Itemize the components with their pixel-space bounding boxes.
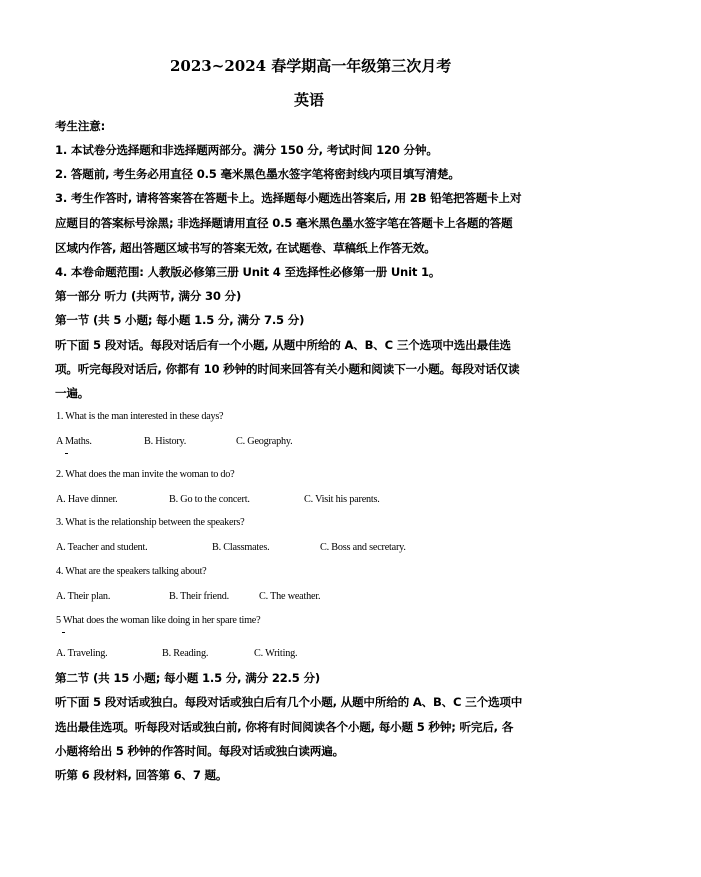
notice-item-3-cont-1: 应题目的答案标号涂黑; 非选择题请用直径 0.5 毫米黑色墨水签字笔在答题卡上各… — [55, 215, 512, 231]
section2-instructions-line-3: 小题将给出 5 秒钟的作答时间。每段对话或独白读两遍。 — [55, 743, 344, 759]
part1-heading: 第一部分 听力 (共两节, 满分 30 分) — [55, 288, 241, 304]
question-1-option-c: C. Geography. — [236, 436, 292, 447]
question-4-option-a: A. Their plan. — [56, 591, 110, 602]
question-3-option-c: C. Boss and secretary. — [320, 542, 406, 553]
question-5-stem: 5 What does the woman like doing in her … — [56, 615, 260, 626]
section1-instructions-line-3: 一遍。 — [55, 385, 89, 401]
question-3-stem: 3. What is the relationship between the … — [56, 517, 244, 528]
notice-item-3-cont-2: 区域内作答, 超出答题区域书写的答案无效, 在试题卷、草稿纸上作答无效。 — [55, 240, 436, 256]
question-3-option-a: A. Teacher and student. — [56, 542, 148, 553]
question-2-option-c: C. Visit his parents. — [304, 494, 380, 505]
question-3-option-b: B. Classmates. — [212, 542, 269, 553]
question-1-option-a: A Maths. — [56, 436, 92, 447]
notice-heading: 考生注意: — [55, 118, 105, 134]
section1-instructions-line-2: 项。听完每段对话后, 你都有 10 秒钟的时间来回答有关小题和阅读下一小题。每段… — [55, 361, 519, 377]
question-2-option-a: A. Have dinner. — [56, 494, 118, 505]
section2-heading: 第二节 (共 15 小题; 每小题 1.5 分, 满分 22.5 分) — [55, 670, 320, 686]
question-2-stem: 2. What does the man invite the woman to… — [56, 469, 234, 480]
stray-mark — [62, 632, 65, 633]
question-4-option-b: B. Their friend. — [169, 591, 229, 602]
question-1-stem: 1. What is the man interested in these d… — [56, 411, 223, 422]
question-4-option-c: C. The weather. — [259, 591, 320, 602]
exam-subject: 英语 — [294, 89, 324, 110]
exam-title: 2023~2024 春学期高一年级第三次月考 — [170, 55, 451, 76]
question-2-option-b: B. Go to the concert. — [169, 494, 250, 505]
section1-heading: 第一节 (共 5 小题; 每小题 1.5 分, 满分 7.5 分) — [55, 312, 304, 328]
stray-mark — [65, 453, 68, 454]
question-5-option-a: A. Traveling. — [56, 648, 107, 659]
material-6-prompt: 听第 6 段材料, 回答第 6、7 题。 — [55, 767, 227, 783]
question-4-stem: 4. What are the speakers talking about? — [56, 566, 206, 577]
notice-item-3: 3. 考生作答时, 请将答案答在答题卡上。选择题每小题选出答案后, 用 2B 铅… — [55, 190, 521, 206]
notice-item-4: 4. 本卷命题范围: 人教版必修第三册 Unit 4 至选择性必修第一册 Uni… — [55, 264, 440, 280]
question-5-option-b: B. Reading. — [162, 648, 208, 659]
section2-instructions-line-2: 选出最佳选项。听每段对话或独白前, 你将有时间阅读各个小题, 每小题 5 秒钟;… — [55, 719, 513, 735]
notice-item-2: 2. 答题前, 考生务必用直径 0.5 毫米黑色墨水签字笔将密封线内项目填写清楚… — [55, 166, 460, 182]
question-5-option-c: C. Writing. — [254, 648, 297, 659]
notice-item-1: 1. 本试卷分选择题和非选择题两部分。满分 150 分, 考试时间 120 分钟… — [55, 142, 438, 158]
section1-instructions-line-1: 听下面 5 段对话。每段对话后有一个小题, 从题中所给的 A、B、C 三个选项中… — [55, 337, 511, 353]
section2-instructions-line-1: 听下面 5 段对话或独白。每段对话或独白后有几个小题, 从题中所给的 A、B、C… — [55, 694, 522, 710]
question-1-option-b: B. History. — [144, 436, 186, 447]
